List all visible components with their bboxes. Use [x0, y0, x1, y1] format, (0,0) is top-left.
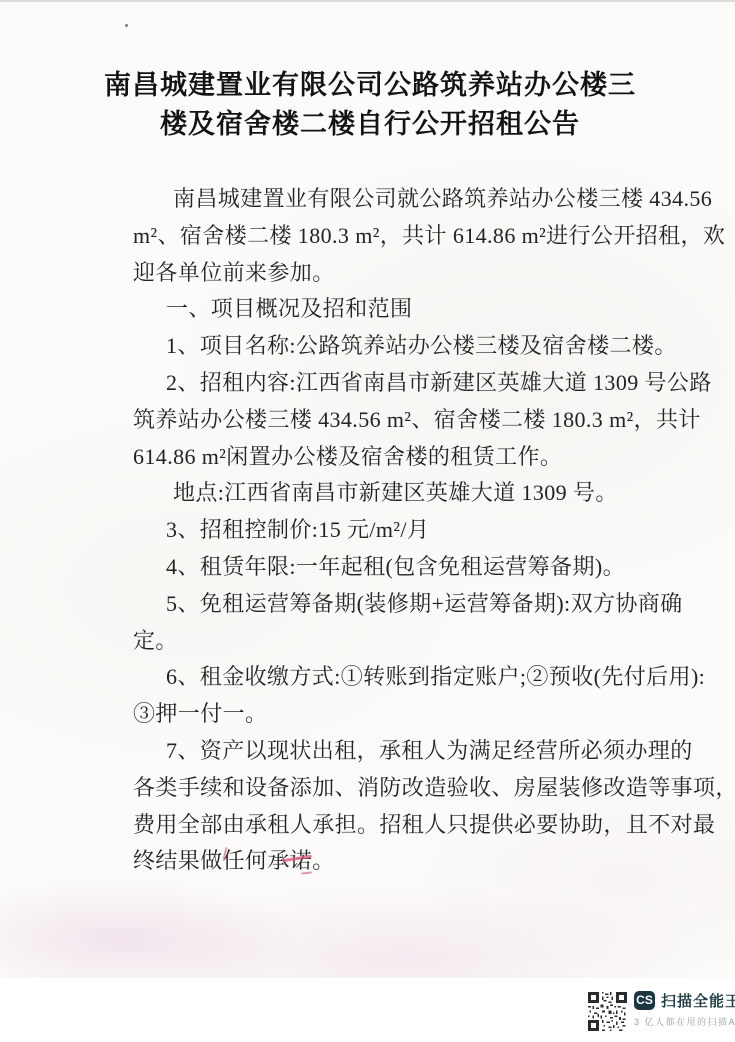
camscanner-tagline: 3 亿人都在用的扫描App [634, 1015, 735, 1028]
document-body: 南昌城建置业有限公司就公路筑养站办公楼三楼 434.56 m²、宿舍楼二楼 18… [133, 181, 633, 880]
body-line: 6、租金收缴方式:①转账到指定账户;②预收(先付后用): [133, 659, 633, 696]
body-line: 5、免租运营筹备期(装修期+运营筹备期):双方协商确 [133, 586, 633, 623]
body-line: 4、租赁年限:一年起租(包含免租运营筹备期)。 [133, 549, 633, 586]
qr-code-icon [588, 992, 627, 1031]
body-line: 南昌城建置业有限公司就公路筑养站办公楼三楼 434.56 [133, 181, 633, 218]
scan-speck-artifact [125, 24, 128, 27]
title-line-1: 南昌城建置业有限公司公路筑养站办公楼三 [10, 66, 730, 105]
camscanner-watermark: CS 扫描全能王 3 亿人都在用的扫描App [588, 990, 735, 1031]
body-line: 地点:江西省南昌市新建区英雄大道 1309 号。 [133, 475, 633, 512]
body-line: m²、宿舍楼二楼 180.3 m²，共计 614.86 m²进行公开招租，欢 [133, 218, 633, 255]
body-line: 1、项目名称:公路筑养站办公楼三楼及宿舍楼二楼。 [133, 328, 633, 365]
body-line: 614.86 m²闲置办公楼及宿舍楼的租赁工作。 [133, 439, 633, 476]
camscanner-logo-text: CS [636, 993, 653, 1007]
scan-edge-artifact [0, 0, 735, 2]
body-line: 定。 [133, 623, 633, 660]
body-line: 费用全部由承租人承担。招租人只提供必要协助，且不对最 [133, 807, 633, 844]
body-line: ③押一付一。 [133, 696, 633, 733]
body-line: 2、招租内容:江西省南昌市新建区英雄大道 1309 号公路 [133, 365, 633, 402]
title-line-2: 楼及宿舍楼二楼自行公开招租公告 [10, 105, 730, 144]
body-line: 3、招租控制价:15 元/m²/月 [133, 512, 633, 549]
body-line: 7、资产以现状出租，承租人为满足经营所必须办理的 [133, 733, 633, 770]
body-line: 迎各单位前来参加。 [133, 255, 633, 292]
scanned-document-page: 南昌城建置业有限公司公路筑养站办公楼三 楼及宿舍楼二楼自行公开招租公告 南昌城建… [0, 0, 735, 1042]
body-line: 各类手续和设备添加、消防改造验收、房屋装修改造等事项， [133, 770, 633, 807]
camscanner-app-name: 扫描全能王 [661, 990, 735, 1011]
camscanner-logo-icon: CS [634, 991, 655, 1010]
body-line: 终结果做任何承诺。 [133, 843, 633, 880]
body-line: 筑养站办公楼三楼 434.56 m²、宿舍楼二楼 180.3 m²，共计 [133, 402, 633, 439]
document-title: 南昌城建置业有限公司公路筑养站办公楼三 楼及宿舍楼二楼自行公开招租公告 [10, 66, 730, 144]
section-heading: 一、项目概况及招和范围 [133, 291, 633, 328]
